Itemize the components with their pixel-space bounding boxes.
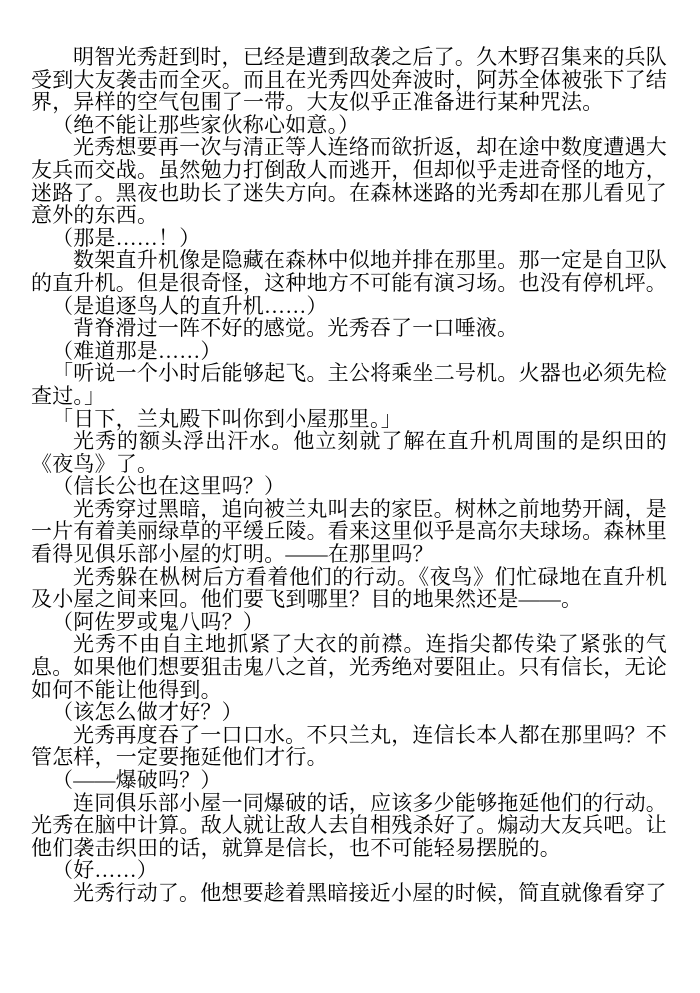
paragraph-narration: 明智光秀赶到时，已经是遭到敌袭之后了。久木野召集来的兵队受到大友袭击而全灭。而且… bbox=[31, 46, 667, 114]
paragraph-narration: 光秀再度吞了一口口水。不只兰丸，连信长本人都在那里吗？不管怎样，一定要拖延他们才… bbox=[31, 724, 667, 769]
paragraph-narration: 光秀行动了。他想要趁着黑暗接近小屋的时候，简直就像看穿了 bbox=[31, 882, 667, 905]
paragraph-narration: 光秀不由自主地抓紧了大衣的前襟。连指尖都传染了紧张的气息。如果他们想要狙击鬼八之… bbox=[31, 633, 667, 701]
paragraph-dialogue: 「听说一个小时后能够起飞。主公将乘坐二号机。火器也必须先检查过。」 bbox=[31, 362, 667, 407]
paragraph-thought: （信长公也在这里吗？） bbox=[31, 475, 667, 498]
paragraph-narration: 光秀的额头浮出汗水。他立刻就了解在直升机周围的是织田的《夜鸟》了。 bbox=[31, 430, 667, 475]
paragraph-narration: 光秀穿过黑暗，追向被兰丸叫去的家臣。树林之前地势开阔，是一片有着美丽绿草的平缓丘… bbox=[31, 498, 667, 566]
novel-page: 明智光秀赶到时，已经是遭到敌袭之后了。久木野召集来的兵队受到大友袭击而全灭。而且… bbox=[0, 0, 700, 993]
text-column: 明智光秀赶到时，已经是遭到敌袭之后了。久木野召集来的兵队受到大友袭击而全灭。而且… bbox=[31, 46, 667, 905]
paragraph-thought: （——爆破吗？） bbox=[31, 769, 667, 792]
paragraph-thought: （那是……！） bbox=[31, 227, 667, 250]
paragraph-narration: 数架直升机像是隐藏在森林中似地并排在那里。那一定是自卫队的直升机。但是很奇怪，这… bbox=[31, 249, 667, 294]
paragraph-thought: （阿佐罗或鬼八吗？） bbox=[31, 611, 667, 634]
paragraph-thought: （绝不能让那些家伙称心如意。） bbox=[31, 114, 667, 137]
paragraph-narration: 光秀躲在枞树后方看着他们的行动。《夜鸟》们忙碌地在直升机及小屋之间来回。他们要飞… bbox=[31, 566, 667, 611]
paragraph-narration: 背脊滑过一阵不好的感觉。光秀吞了一口唾液。 bbox=[31, 317, 667, 340]
paragraph-thought: （好……） bbox=[31, 859, 667, 882]
paragraph-thought: （是追逐鸟人的直升机……） bbox=[31, 295, 667, 318]
paragraph-thought: （难道那是……） bbox=[31, 340, 667, 363]
paragraph-narration: 连同俱乐部小屋一同爆破的话，应该多少能够拖延他们的行动。光秀在脑中计算。敌人就让… bbox=[31, 792, 667, 860]
paragraph-narration: 光秀想要再一次与清正等人连络而欲折返，却在途中数度遭遇大友兵而交战。虽然勉力打倒… bbox=[31, 136, 667, 226]
paragraph-dialogue: 「日下，兰丸殿下叫你到小屋那里。」 bbox=[31, 408, 667, 431]
paragraph-thought: （该怎么做才好？） bbox=[31, 701, 667, 724]
